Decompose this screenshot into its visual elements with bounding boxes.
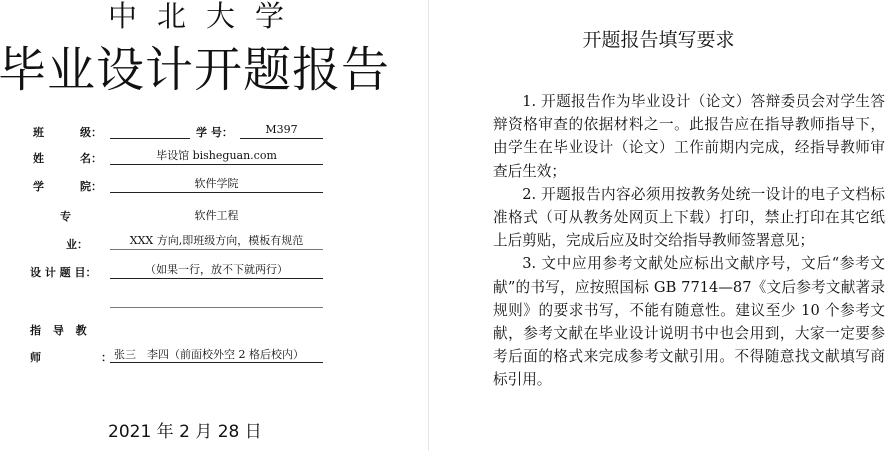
advisor-field[interactable]: 张三 李四（前面校外空 2 格后校内） — [110, 347, 323, 363]
requirement-item-3: 3. 文中应用参考文献处应标出文献序号，文后“参考文献”的书写，应按照国标 GB… — [493, 252, 885, 391]
class-label-b: 级： — [80, 124, 102, 140]
name-field[interactable]: 毕设馆 bisheguan.com — [110, 148, 323, 165]
report-title: 毕业设计开题报告 — [0, 40, 390, 100]
topic-field-line2[interactable] — [110, 291, 323, 308]
major-value-line1[interactable]: 软件工程 — [110, 207, 323, 223]
advisor-label-b: 师 — [30, 349, 41, 365]
college-label-b: 院： — [80, 178, 102, 194]
cover-page: 中北大学 毕业设计开题报告 班 级： 学 号： M397 姓 名： 毕设馆 bi… — [0, 0, 428, 451]
advisor-label-a: 指 导 教 — [30, 322, 91, 338]
college-label-a: 学 — [33, 178, 44, 194]
class-field[interactable] — [110, 122, 190, 139]
major-label-a: 专 — [60, 208, 71, 224]
major-field[interactable]: XXX 方向,即班级方向，模板有规范 — [110, 233, 323, 250]
requirement-item-1: 1. 开题报告作为毕业设计（论文）答辩委员会对学生答辩资格审查的依据材料之一。此… — [493, 90, 885, 183]
topic-label: 设 计 题 目： — [30, 264, 97, 280]
class-label-a: 班 — [33, 124, 44, 140]
requirements-page: 开题报告填写要求 1. 开题报告作为毕业设计（论文）答辩委员会对学生答辩资格审查… — [429, 0, 888, 451]
name-label-b: 名： — [80, 150, 102, 166]
report-date: 2021 年 2 月 28 日 — [108, 417, 262, 442]
student-no-field[interactable]: M397 — [240, 122, 323, 139]
requirements-title: 开题报告填写要求 — [429, 25, 888, 52]
student-no-label: 学 号： — [196, 124, 233, 140]
requirement-item-2: 2. 开题报告内容必须用按教务处统一设计的电子文档标准格式（可从教务处网页上下载… — [493, 183, 885, 253]
topic-field-line1[interactable]: （如果一行，放不下就两行） — [110, 262, 323, 279]
major-label-b: 业： — [66, 236, 88, 252]
requirements-body: 1. 开题报告作为毕业设计（论文）答辩委员会对学生答辩资格审查的依据材料之一。此… — [493, 90, 885, 392]
college-field[interactable]: 软件学院 — [110, 176, 323, 193]
name-label-a: 姓 — [33, 150, 44, 166]
university-name: 中北大学 — [0, 0, 392, 32]
